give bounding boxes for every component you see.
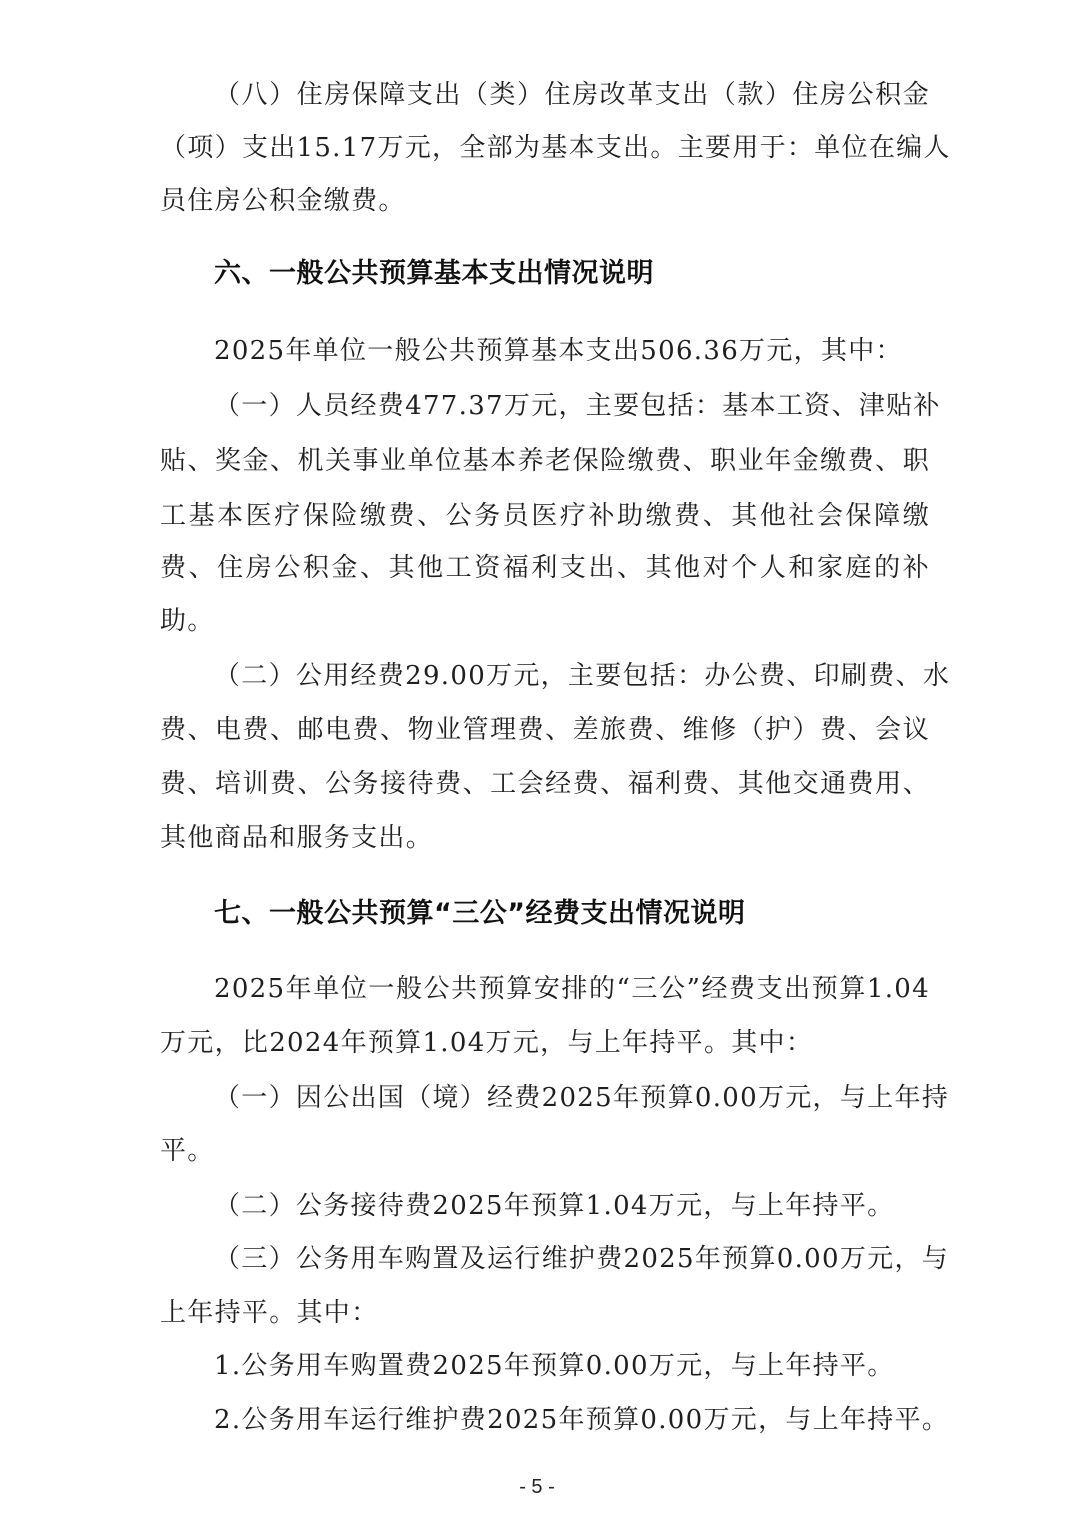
section-heading-7: 七、一般公共预算“三公”经费支出情况说明 xyxy=(214,897,746,931)
paragraph-line: 贴、奖金、机关事业单位基本养老保险缴费、职业年金缴费、职 xyxy=(160,444,930,478)
paragraph-line: 上年持平。其中： xyxy=(160,1296,930,1330)
paragraph-line: 费、住房公积金、其他工资福利支出、其他对个人和家庭的补 xyxy=(160,551,930,585)
paragraph-line: 平。 xyxy=(160,1134,930,1168)
paragraph-line: 助。 xyxy=(160,604,930,638)
paragraph-line: 万元，比2024年预算1.04万元，与上年持平。其中： xyxy=(160,1026,930,1060)
paragraph-line: 2025年单位一般公共预算安排的“三公”经费支出预算1.04 xyxy=(214,972,930,1006)
paragraph-line: （三）公务用车购置及运行维护费2025年预算0.00万元，与 xyxy=(214,1242,930,1276)
paragraph-line: 费、培训费、公务接待费、工会经费、福利费、其他交通费用、 xyxy=(160,767,930,801)
paragraph-line: 2.公务用车运行维护费2025年预算0.00万元，与上年持平。 xyxy=(214,1403,930,1437)
paragraph-line: 工基本医疗保险缴费、公务员医疗补助缴费、其他社会保障缴 xyxy=(160,499,930,533)
paragraph-line: （一）因公出国（境）经费2025年预算0.00万元，与上年持 xyxy=(214,1081,930,1115)
paragraph-line: 1.公务用车购置费2025年预算0.00万元，与上年持平。 xyxy=(214,1349,930,1383)
section-heading-6: 六、一般公共预算基本支出情况说明 xyxy=(214,257,654,291)
paragraph-line: （八）住房保障支出（类）住房改革支出（款）住房公积金 xyxy=(214,78,930,112)
paragraph-line: （项）支出15.17万元，全部为基本支出。主要用于：单位在编人 xyxy=(160,131,930,165)
paragraph-line: 员住房公积金缴费。 xyxy=(160,184,930,218)
paragraph-line: （二）公务接待费2025年预算1.04万元，与上年持平。 xyxy=(214,1189,930,1223)
paragraph-line: （二）公用经费29.00万元，主要包括：办公费、印刷费、水 xyxy=(214,659,930,693)
document-page: （八）住房保障支出（类）住房改革支出（款）住房公积金 （项）支出15.17万元，… xyxy=(0,0,1074,1520)
paragraph-line: （一）人员经费477.37万元，主要包括：基本工资、津贴补 xyxy=(214,389,930,423)
paragraph-line: 费、电费、邮电费、物业管理费、差旅费、维修（护）费、会议 xyxy=(160,713,930,747)
paragraph-line: 2025年单位一般公共预算基本支出506.36万元，其中： xyxy=(214,334,930,368)
page-number: - 5 - xyxy=(0,1476,1074,1499)
paragraph-line: 其他商品和服务支出。 xyxy=(160,821,930,855)
